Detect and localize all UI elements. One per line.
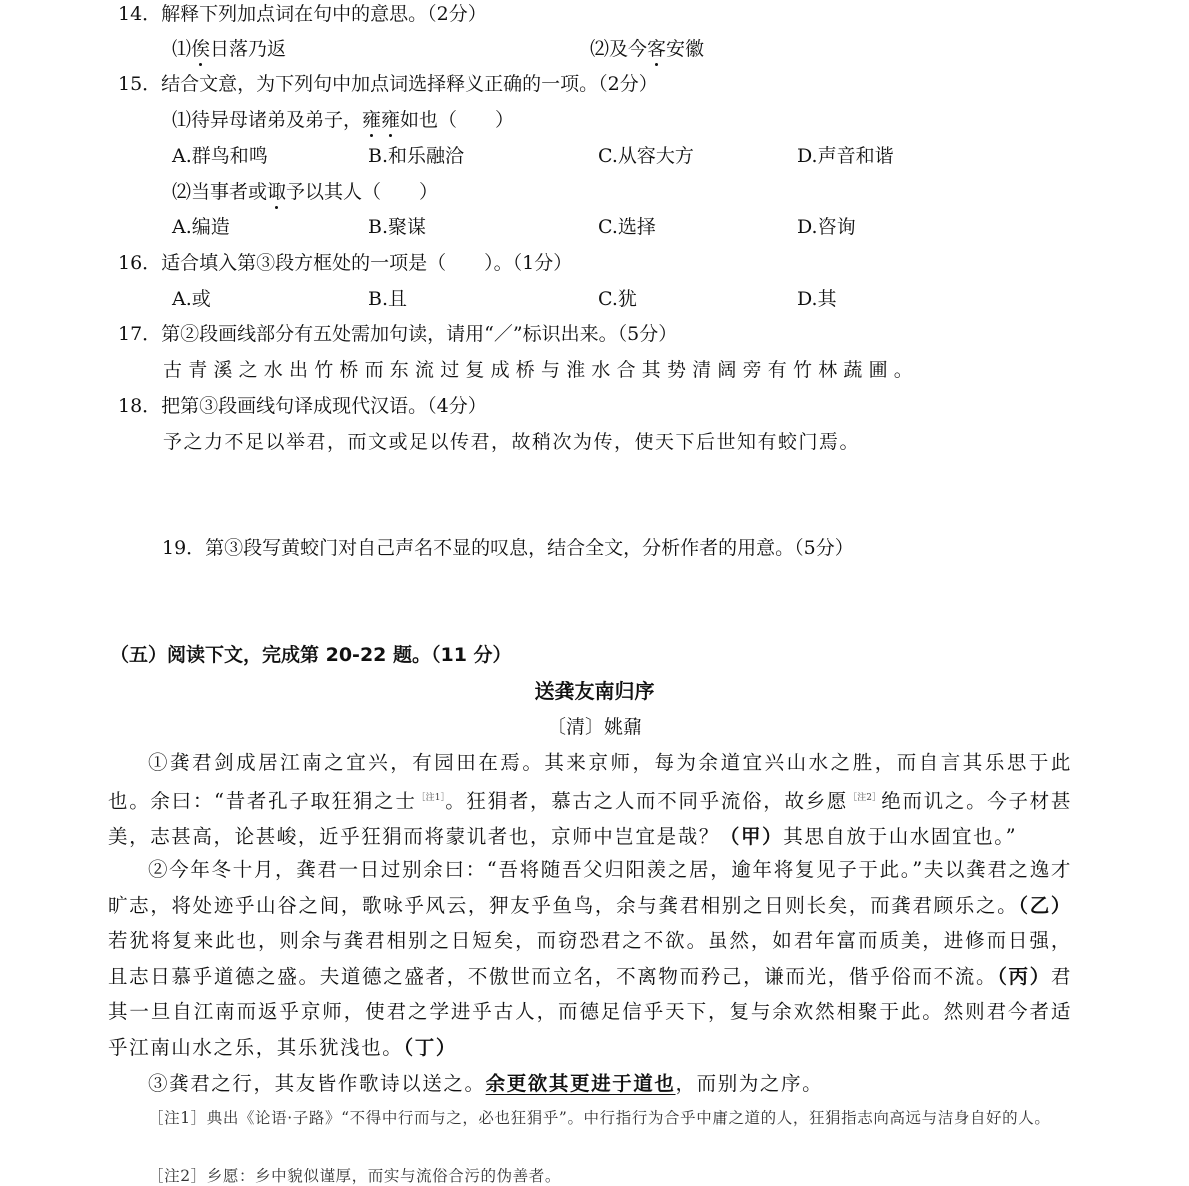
position-marker-yi: （乙） [1018,894,1072,917]
q15-sub1-option-a: A.群鸟和鸣 [172,144,268,168]
q15-sub2-option-d: D.咨询 [797,215,856,239]
sub-text: 如也（ ） [400,109,514,131]
section-5-heading: （五）阅读下文，完成第 20-22 题。（11 分） [110,643,512,667]
question-17-stem: 17．第②段画线部分有五处需加句读，请用“／”标识出来。（5分） [118,322,677,346]
q16-option-c: C.犹 [598,287,637,311]
sub-text: ⑴待异母诸弟及弟子， [172,109,362,131]
note-reference-1: ［注1］ [417,793,446,803]
paragraph-text: ②今年冬十月，龚君一日过别余曰：“吾将随吾父归阳羡之居，逾年将复见子于此。”夫以… [108,858,1072,917]
item-text: 安徽 [666,38,704,60]
essay-title: 送龚友南归序 [0,679,1189,703]
paragraph-text: 其思自放于山水固宜也。” [783,825,1017,848]
question-15-stem: 15．结合文意，为下列句中加点词选择释义正确的一项。（2分） [118,72,658,96]
note-reference-2: ［注2］ [848,793,881,803]
paragraph-text: 若犹将复来此也，则余与龚君相别之日短矣，而窃恐君之不欲。虽然，如君年富而质美，进… [108,929,1072,988]
paragraph-text: ③龚君之行，其友皆作歌诗以送之。 [148,1072,486,1095]
item-prefix: ⑵及今 [590,38,647,60]
question-14-item-1: ⑴俟日落乃返 [172,37,286,61]
sub-text: 予以其人（ ） [286,181,438,203]
underlined-sentence: 余更欲其更进于道也 [486,1072,676,1095]
q15-sub2-option-a: A.编造 [172,215,230,239]
question-17-text: 古青溪之水出竹桥而东流过复成桥与淮水合其势清阔旁有竹林蔬圃。 [163,358,919,382]
q16-option-d: D.其 [797,287,837,311]
essay-paragraph-1: ①龚君剑成居江南之宜兴，有园田在焉。其来京师，每为余道宜兴山水之胜，而自言其乐思… [108,745,1072,854]
essay-paragraph-3: ③龚君之行，其友皆作歌诗以送之。余更欲其更进于道也，而别为之序。 [108,1066,1072,1102]
q16-option-a: A.或 [172,287,211,311]
dotted-word: 俟 [191,37,210,61]
paragraph-text: 。狂狷者，慕古之人而不同乎流俗，故乡愿 [445,789,848,812]
position-marker-jia: （甲） [720,825,783,848]
sub-text: ⑵当事者或 [172,181,267,203]
dotted-word: 客 [647,37,666,61]
question-14-item-2: ⑵及今客安徽 [590,37,704,61]
footnote-2: ［注2］乡愿：乡中貌似谨厚，而实与流俗合污的伪善者。 [108,1162,1072,1186]
q15-sub2-option-c: C.选择 [598,215,656,239]
question-15-sub-2: ⑵当事者或诹予以其人（ ） [172,180,438,204]
item-text: 日落乃返 [210,38,286,60]
dotted-word: 雍 [362,108,381,132]
q16-option-b: B.且 [368,287,407,311]
question-15-sub-1: ⑴待异母诸弟及弟子，雍雍如也（ ） [172,108,514,132]
dotted-word: 诹 [267,180,286,204]
question-18-text: 予之力不足以举君，而文或足以传君，故稍次为传，使天下后世知有蛟门焉。 [163,430,860,454]
q15-sub1-option-d: D.声音和谐 [797,144,894,168]
q15-sub1-option-b: B.和乐融洽 [368,144,464,168]
question-16-stem: 16．适合填入第③段方框处的一项是（ ）。（1分） [118,251,572,275]
position-marker-ding: （丁） [403,1036,457,1059]
question-18-stem: 18．把第③段画线句译成现代汉语。（4分） [118,394,487,418]
q15-sub2-option-b: B.聚谋 [368,215,426,239]
paragraph-text: ，而别为之序。 [676,1072,824,1095]
item-prefix: ⑴ [172,38,191,60]
essay-author: 〔清〕姚鼐 [0,715,1189,739]
essay-paragraph-2: ②今年冬十月，龚君一日过别余曰：“吾将随吾父归阳羡之居，逾年将复见子于此。”夫以… [108,852,1072,1065]
footnote-1: ［注1］典出《论语·子路》“不得中行而与之，必也狂狷乎”。中行指行为合乎中庸之道… [108,1104,1072,1133]
question-14-stem: 14．解释下列加点词在句中的意思。（2分） [118,2,487,26]
dotted-word: 雍 [381,108,400,132]
question-19-stem: 19．第③段写黄蛟门对自己声名不显的叹息，结合全文，分析作者的用意。（5分） [162,536,854,560]
q15-sub1-option-c: C.从容大方 [598,144,694,168]
position-marker-bing: （丙） [997,965,1051,988]
